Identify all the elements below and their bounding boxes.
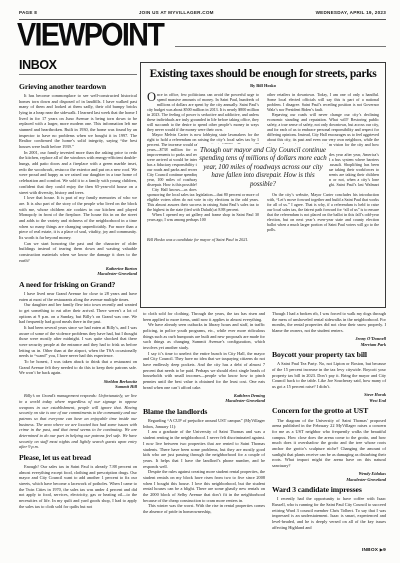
letter-paragraph: It has become commonplace to see well-co… bbox=[19, 93, 137, 150]
signature-location: Macalester-Groveland bbox=[272, 477, 386, 483]
masthead-rule bbox=[175, 46, 386, 47]
letter-paragraph: The diagram of the University of Saint T… bbox=[272, 418, 386, 469]
letter-bread: Please, let us eat bread Enough! Our sal… bbox=[19, 454, 137, 509]
article-paragraph: other retailers in downtown. Today, I am… bbox=[267, 92, 379, 112]
letter-headline: Concern for the grotto at UST bbox=[272, 407, 386, 415]
management-response: Billy’s on Grand’s management responds: … bbox=[19, 393, 137, 450]
letter-headline: Ward 3 candidate impresses bbox=[272, 486, 386, 494]
letter-headline: A need for frisking on Grand? bbox=[19, 281, 137, 289]
letter-paragraph: Can we start honoring the past and the c… bbox=[19, 241, 137, 264]
article-paragraph: When I opened my art gallery and frame s… bbox=[147, 212, 259, 222]
letter-landlords: Blame the landlords Regarding “A CUP of … bbox=[143, 408, 265, 515]
letter-paragraph: Despite the rules against creating more … bbox=[143, 469, 265, 503]
letter-teardown: Grieving another teardown It has become … bbox=[19, 83, 137, 277]
article-paragraph: Once in office, few politicians can avoi… bbox=[147, 92, 259, 132]
letter-paragraph: I love that house. It is part of my fami… bbox=[19, 195, 137, 240]
middle-column: to cloth sold for clothing. Through the … bbox=[143, 311, 265, 515]
featured-article: Existing taxes should be enough for stre… bbox=[140, 62, 386, 308]
signature: Steve Horak West End bbox=[272, 392, 386, 403]
article-byline: By Bill Hosko bbox=[147, 83, 379, 88]
issue-date: WEDNESDAY, APRIL 19, 2023 bbox=[316, 10, 386, 15]
continuation-page: 9 bbox=[383, 548, 386, 553]
letter-paragraph: In 2001, our family invested more than t… bbox=[19, 150, 137, 195]
letter-headline: Please, let us eat bread bbox=[19, 454, 137, 462]
signature-location: Summit Hill bbox=[19, 384, 137, 390]
letter-paragraph: To be honest, I was taken aback to think… bbox=[19, 359, 137, 376]
section-heading: INBOX bbox=[19, 58, 137, 75]
pull-quote: Though our mayor and City Council contin… bbox=[197, 144, 329, 193]
letter-headline: Boycott your property tax bill bbox=[272, 351, 386, 359]
letter-paragraph: Though I had a broken rib, I was forced … bbox=[272, 311, 386, 334]
letter-paragraph: Enough! Our sales tax in Saint Paul is a… bbox=[19, 464, 137, 509]
article-paragraph: On the city’s website, Mayor Carter conc… bbox=[267, 192, 379, 232]
letter-headline: Grieving another teardown bbox=[19, 83, 137, 91]
page-number: PAGE 8 bbox=[19, 10, 37, 15]
letter-paragraph: to cloth sold for clothing. Through the … bbox=[143, 311, 265, 322]
drop-cap: O bbox=[147, 92, 157, 103]
letter-paragraph: I recently had the opportunity to have c… bbox=[272, 496, 386, 530]
signature: Jenny O’Donnell Merriam Park bbox=[272, 336, 386, 347]
letter-paragraph: A Saint Paul Tea Party. No, not Lipton o… bbox=[272, 361, 386, 389]
letter-paragraph: Regarding “A CUP of prejudice around UST… bbox=[143, 418, 265, 429]
article-paragraph-text: nce in office, few politicians can avoid… bbox=[147, 92, 259, 132]
letter-paragraph: I have lived near Grand Avenue for close… bbox=[19, 291, 137, 302]
letter-ward3: Ward 3 candidate impresses I recently ha… bbox=[272, 486, 386, 530]
left-column: Grieving another teardown It has become … bbox=[19, 79, 137, 509]
letter-paragraph: I say it’s time to unelect the entire bu… bbox=[143, 351, 265, 391]
right-column: Though I had a broken rib, I was forced … bbox=[272, 311, 386, 530]
letter-headline: Blame the landlords bbox=[143, 408, 265, 416]
letter-frisking: A need for frisking on Grand? I have liv… bbox=[19, 281, 137, 450]
continuation-label: INBOX bbox=[362, 548, 378, 553]
newspaper-page: PAGE 8 JOIN US AT MYVILLAGER.COM WEDNESD… bbox=[0, 0, 400, 563]
signature-location: Macalester-Groveland bbox=[19, 271, 137, 277]
letter-paragraph: We have already seen cutbacks in library… bbox=[143, 322, 265, 350]
signature-location: Macalester-Groveland bbox=[143, 398, 265, 404]
letter-paragraph: This winter was the worst. With the rise… bbox=[143, 503, 265, 514]
article-footnote: Bill Hosko was a candidate for mayor of … bbox=[147, 237, 379, 242]
signature: Katherine Barton Macalester-Groveland bbox=[19, 266, 137, 277]
signature-location: West End bbox=[272, 398, 386, 404]
site-banner: JOIN US AT MYVILLAGER.COM bbox=[139, 10, 214, 15]
signature-location: Merriam Park bbox=[272, 342, 386, 348]
signature: Wendy Eidukas Macalester-Groveland bbox=[272, 471, 386, 482]
letter-paragraph: It had been several years since we had e… bbox=[19, 325, 137, 359]
article-headline: Existing taxes should be enough for stre… bbox=[147, 68, 379, 80]
letter-grotto: Concern for the grotto at UST The diagra… bbox=[272, 407, 386, 482]
masthead: VIEWPOINT bbox=[17, 22, 386, 52]
letter-paragraph: I am a graduate of the University of Sai… bbox=[143, 429, 265, 469]
letter-boycott: Boycott your property tax bill A Saint P… bbox=[272, 351, 386, 403]
signature: Kathleen Deming Macalester-Groveland bbox=[143, 393, 265, 404]
masthead-title: VIEWPOINT bbox=[17, 20, 163, 52]
letter-paragraph: Our daughter and her family flew into to… bbox=[19, 302, 137, 325]
continuation-marker: INBOX ▶9 bbox=[362, 547, 386, 553]
signature: Sheldon Berkowitz Summit Hill bbox=[19, 379, 137, 390]
